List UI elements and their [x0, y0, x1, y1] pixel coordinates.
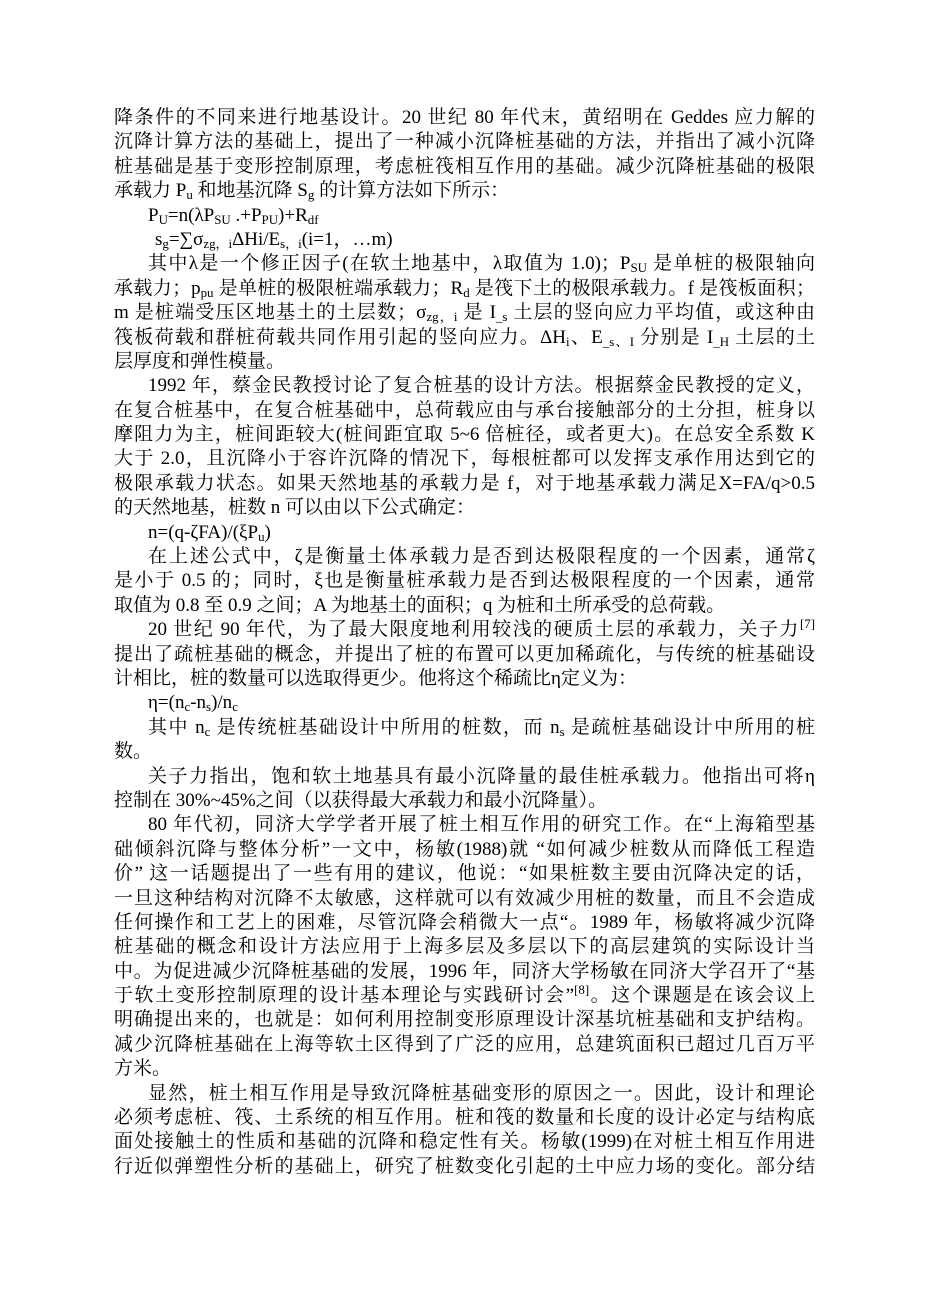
text-block: 降条件的不同来进行地基设计。20 世纪 80 年代末，黄绍明在 Geddes 应…	[114, 106, 815, 1179]
text-line: 其中 nc 是传统桩基础设计中所用的桩数，而 ns 是疏桩基础设计中所用的桩	[114, 716, 815, 740]
text-line: 摩阻力为主，桩间距较大(桩间距宜取 5~6 倍桩径，或者更大)。在总安全系数 K	[114, 423, 815, 447]
text-line: 减少沉降桩基础在上海等软土区得到了广泛的应用，总建筑面积已超过几百万平	[114, 1033, 815, 1057]
text-line: 承载力 Pu 和地基沉降 Sg 的计算方法如下所示：	[114, 179, 815, 203]
text-line: 任何操作和工艺上的困难，尽管沉降会稍微大一点“。1989 年，杨敏将减少沉降	[114, 911, 815, 935]
text-line: 80 年代初，同济大学学者开展了桩土相互作用的研究工作。在“上海箱型基	[114, 813, 815, 837]
text-line: 面处接触土的性质和基础的沉降和稳定性有关。杨敏(1999)在对桩土相互作用进	[114, 1130, 815, 1154]
text-line: 必须考虑桩、筏、土系统的相互作用。桩和筏的数量和长度的设计必定与结构底	[114, 1106, 815, 1130]
text-line: 桩基础是基于变形控制原理，考虑桩筏相互作用的基础。减少沉降桩基础的极限	[114, 155, 815, 179]
text-line: 控制在 30%~45%之间（以获得最大承载力和最小沉降量）。	[114, 789, 815, 813]
text-line: η=(nc-ns)/nc	[114, 691, 815, 715]
text-line: 在上述公式中，ζ是衡量土体承载力是否到达极限程度的一个因素，通常ζ	[114, 545, 815, 569]
text-line: 行近似弹塑性分析的基础上，研究了桩数变化引起的土中应力场的变化。部分结	[114, 1155, 815, 1179]
text-line: 降条件的不同来进行地基设计。20 世纪 80 年代末，黄绍明在 Geddes 应…	[114, 106, 815, 130]
text-line: PU=n(λPSU .+PPU)+Rdf	[114, 204, 815, 228]
document-page: 降条件的不同来进行地基设计。20 世纪 80 年代末，黄绍明在 Geddes 应…	[0, 0, 926, 1309]
text-line: 桩基础的概念和设计方法应用于上海多层及多层以下的高层建筑的实际设计当	[114, 935, 815, 959]
text-line: 层厚度和弹性模量。	[114, 350, 815, 374]
text-line: 沉降计算方法的基础上，提出了一种减小沉降桩基础的方法，并指出了减小沉降	[114, 130, 815, 154]
text-line: 关子力指出，饱和软土地基具有最小沉降量的最佳桩承载力。他指出可将η	[114, 765, 815, 789]
text-line: 方米。	[114, 1057, 815, 1081]
text-line: 在复合桩基中，在复合桩基础中，总荷载应由与承台接触部分的土分担，桩身以	[114, 399, 815, 423]
text-line: 价” 这一话题提出了一些有用的建议，他说：“如果桩数主要由沉降决定的话，	[114, 862, 815, 886]
text-line: 极限承载力状态。如果天然地基的承载力是 f，对于地基承载力满足X=FA/q>0.…	[114, 472, 815, 496]
text-line: 一旦这种结构对沉降不太敏感，这样就可以有效减少用桩的数量，而且不会造成	[114, 887, 815, 911]
text-line: 1992 年，蔡金民教授讨论了复合桩基的设计方法。根据蔡金民教授的定义，	[114, 374, 815, 398]
text-line: 显然，桩土相互作用是导致沉降桩基础变形的原因之一。因此，设计和理论	[114, 1082, 815, 1106]
text-line: 于软土变形控制原理的设计基本理论与实践研讨会”[8]。这个课题是在该会议上	[114, 984, 815, 1008]
text-line: sg=∑σzg，iΔHi/Es，i(i=1，…m)	[114, 228, 815, 252]
text-line: 计相比，桩的数量可以选取得更少。他将这个稀疏比η定义为：	[114, 667, 815, 691]
text-line: 础倾斜沉降与整体分析”一文中，杨敏(1988)就 “如何减少桩数从而降低工程造	[114, 838, 815, 862]
text-line: m 是桩端受压区地基土的土层数；σzg，i 是 I_s 土层的竖向应力平均值，或…	[114, 301, 815, 325]
text-line: 数。	[114, 740, 815, 764]
text-line: n=(q-ζFA)/(ξPu)	[114, 521, 815, 545]
text-line: 取值为 0.8 至 0.9 之间；A 为地基土的面积；q 为桩和土所承受的总荷载…	[114, 594, 815, 618]
text-line: 20 世纪 90 年代，为了最大限度地利用较浅的硬质土层的承载力，关子力[7]	[114, 618, 815, 642]
text-line: 是小于 0.5 的；同时，ξ也是衡量桩承载力是否到达极限程度的一个因素，通常	[114, 569, 815, 593]
text-line: 承载力；ppu 是单桩的极限桩端承载力；Rd 是筏下土的极限承载力。f 是筏板面…	[114, 277, 815, 301]
text-line: 中。为促进减少沉降桩基础的发展，1996 年，同济大学杨敏在同济大学召开了“基	[114, 960, 815, 984]
text-line: 提出了疏桩基础的概念，并提出了桩的布置可以更加稀疏化，与传统的桩基础设	[114, 643, 815, 667]
text-line: 筏板荷载和群桩荷载共同作用引起的竖向应力。ΔHi、E_s、I 分别是 I_H 土…	[114, 326, 815, 350]
text-line: 大于 2.0，且沉降小于容许沉降的情况下，每根桩都可以发挥支承作用达到它的	[114, 447, 815, 471]
text-line: 其中λ是一个修正因子(在软土地基中，λ取值为 1.0)；PSU 是单桩的极限轴向	[114, 252, 815, 276]
text-line: 的天然地基，桩数 n 可以由以下公式确定：	[114, 496, 815, 520]
text-line: 明确提出来的，也就是：如何利用控制变形原理设计深基坑桩基础和支护结构。	[114, 1008, 815, 1032]
